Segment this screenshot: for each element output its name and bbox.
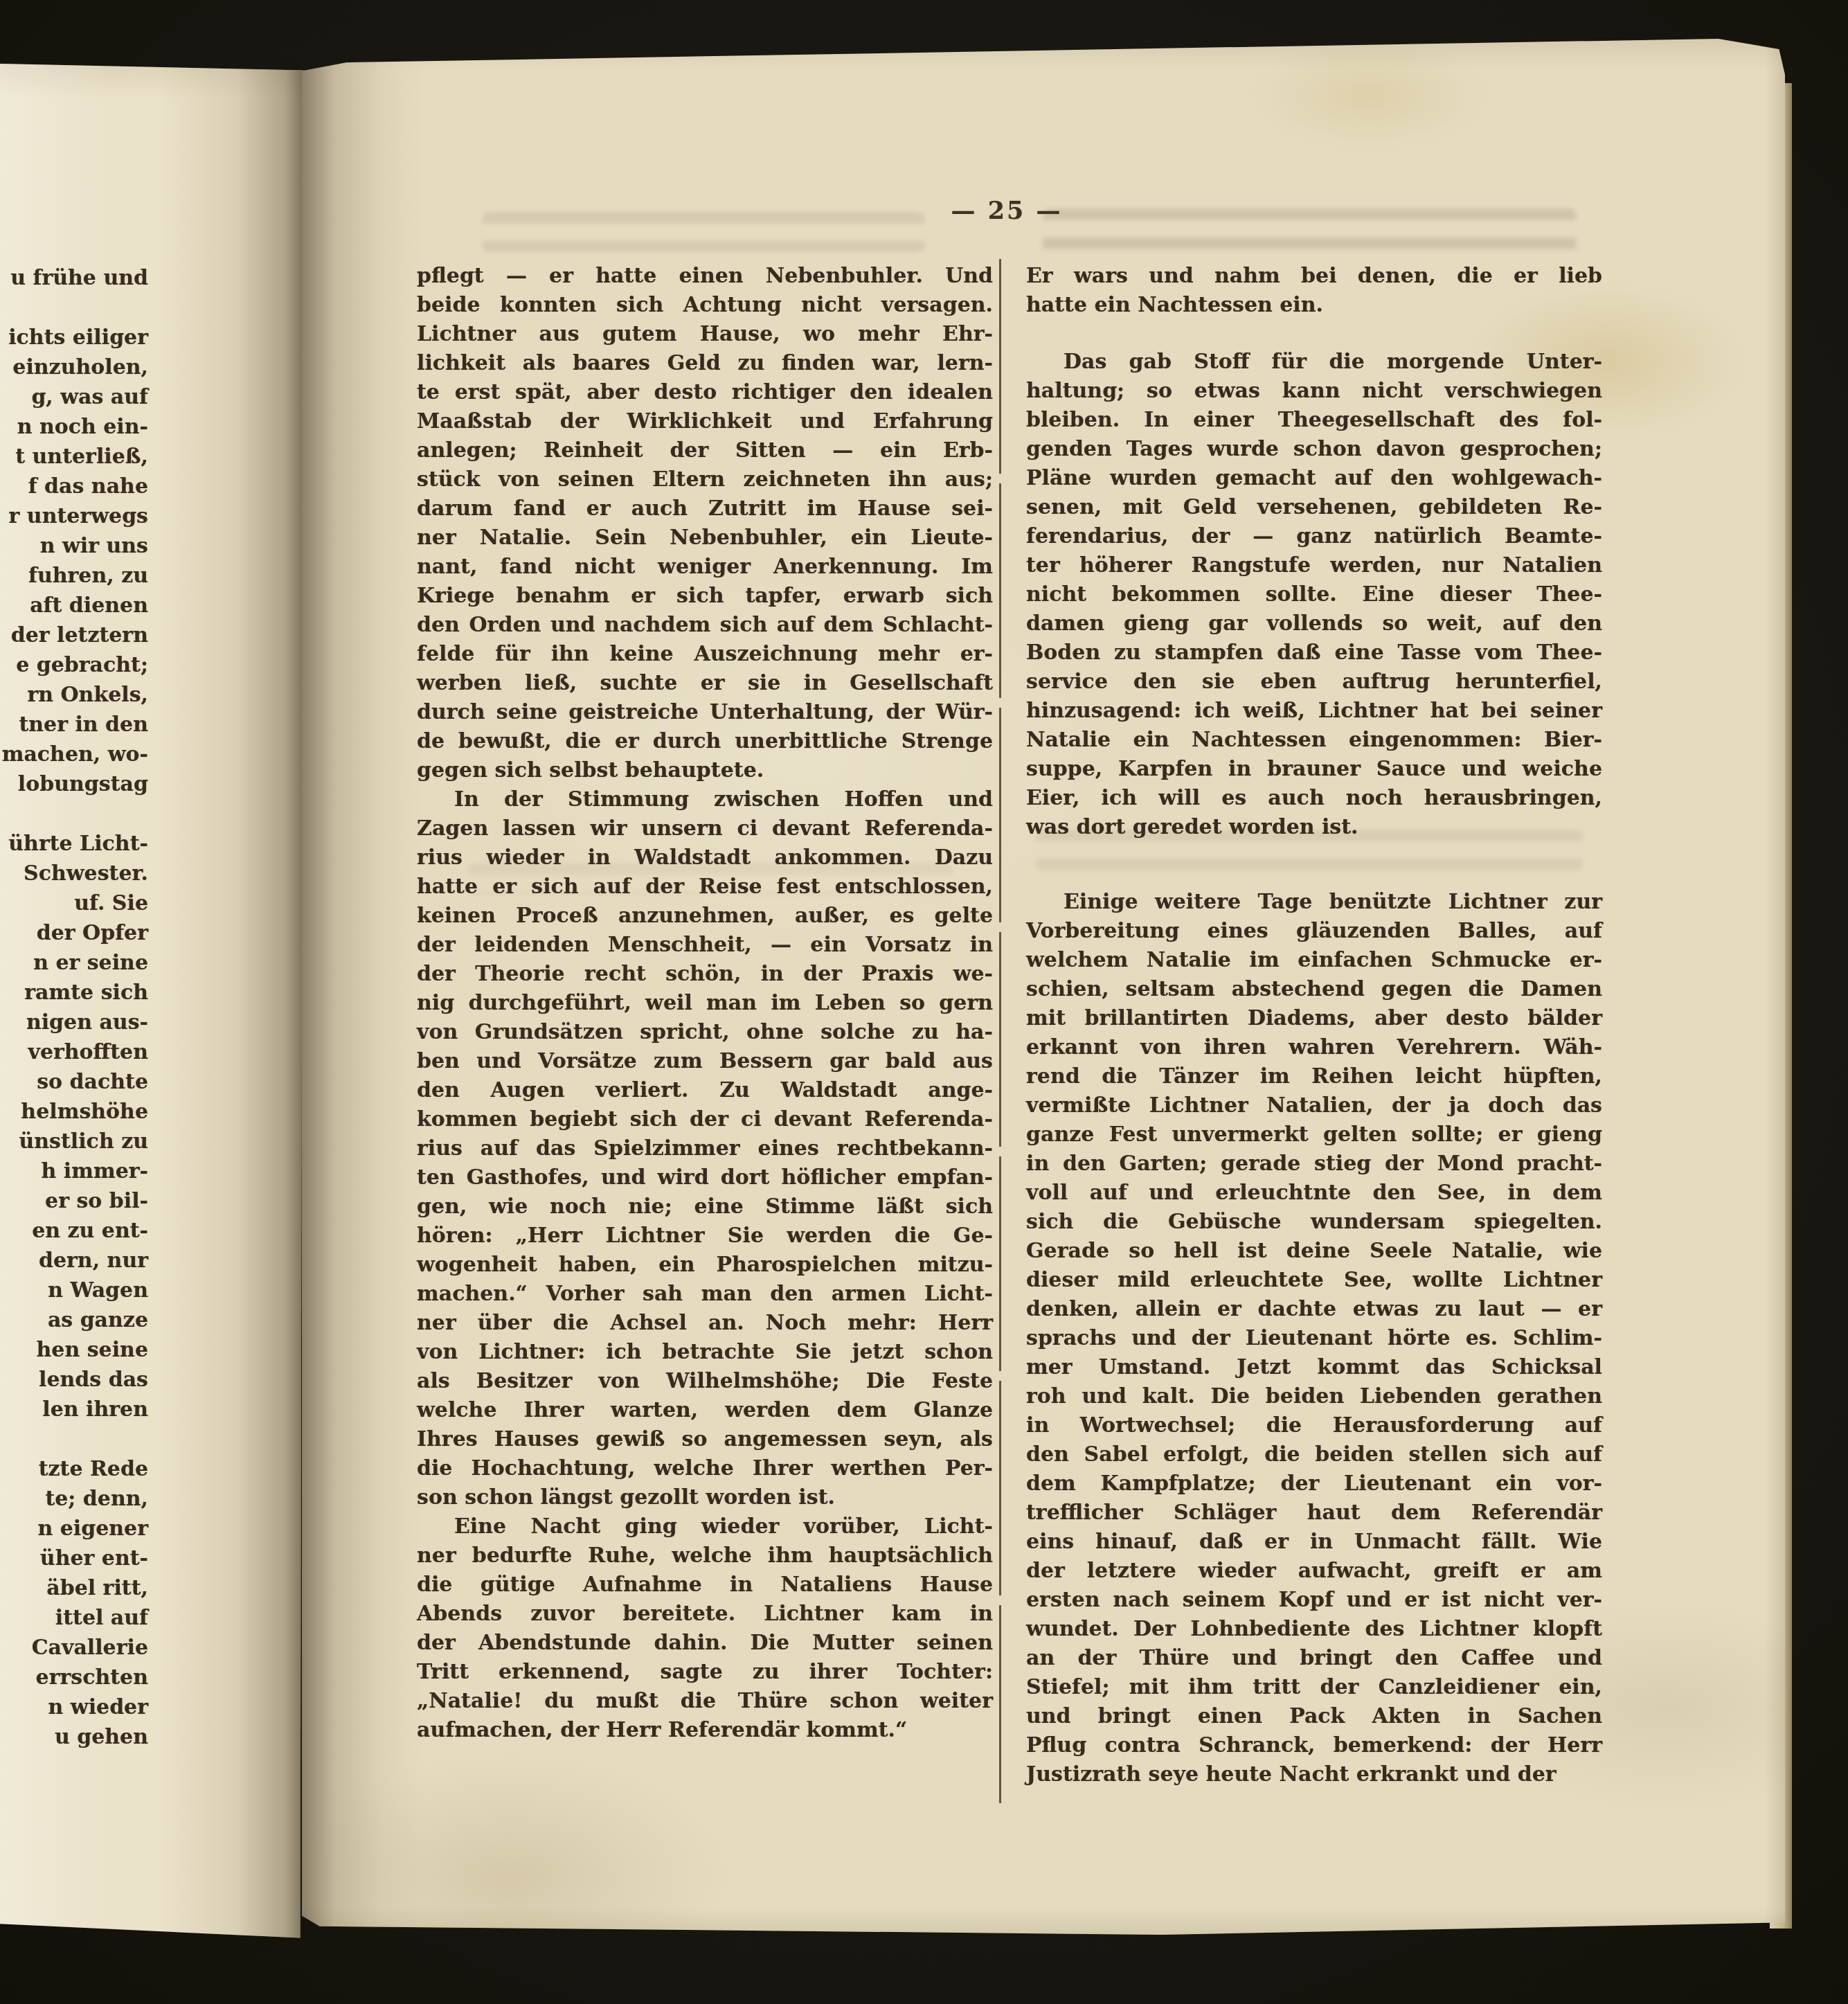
- cut-text-line: rn Onkels,: [0, 680, 148, 710]
- text-line: hinzusagend: ich weiß, Lichtner hat bei …: [1026, 697, 1602, 726]
- text-line: nant, fand nicht weniger Anerkennung. Im: [417, 553, 993, 582]
- cut-text-line: g, was auf: [0, 382, 148, 412]
- cut-text-line: ittel auf: [0, 1603, 148, 1633]
- text-line: beide konnten sich Achtung nicht versage…: [417, 291, 993, 320]
- text-line: Vorbereitung eines gläuzenden Balles, au…: [1026, 917, 1602, 946]
- text-line: in Wortwechsel; die Herausforderung auf: [1026, 1411, 1602, 1440]
- cut-text-line: aft dienen: [0, 591, 148, 620]
- cut-text-line: n wir uns: [0, 531, 148, 561]
- paragraph: Eine Nacht ging wieder vorüber, Licht-ne…: [417, 1512, 993, 1745]
- cut-text-line: errschten: [0, 1663, 148, 1692]
- text-line: Eier, ich will es auch noch herausbringe…: [1026, 784, 1602, 813]
- paragraph: Er wars und nahm bei denen, die er liebh…: [1026, 262, 1602, 320]
- text-line: bleiben. In einer Theegesellschaft des f…: [1026, 406, 1602, 435]
- cut-text-line: n eigener: [0, 1514, 148, 1544]
- cut-text-line: Cavallerie: [0, 1633, 148, 1663]
- text-line: de bewußt, die er durch unerbittliche St…: [417, 727, 993, 756]
- text-line: ner über die Achsel an. Noch mehr: Herr: [417, 1309, 993, 1338]
- text-line: Pläne wurden gemacht auf den wohlgewach-: [1026, 464, 1602, 493]
- cut-text-line: n Wagen: [0, 1276, 148, 1305]
- text-line: Einige weitere Tage benützte Lichtner zu…: [1026, 888, 1602, 917]
- text-line: nicht bekommen sollte. Eine dieser Thee-: [1026, 580, 1602, 609]
- book-scan: { "header": { "page_number": "— 25 —" },…: [0, 0, 1848, 2004]
- text-line: darum fand er auch Zutritt im Hause sei-: [417, 494, 993, 524]
- cut-text-line: ünstlich zu: [0, 1127, 148, 1156]
- cut-text-line: verhofften: [0, 1037, 148, 1067]
- text-line: hören: „Herr Lichtner Sie werden die Ge-: [417, 1222, 993, 1251]
- text-line: Lichtner aus gutem Hause, wo mehr Ehr-: [417, 320, 993, 349]
- cut-text-line: tzte Rede: [0, 1454, 148, 1484]
- text-line: In der Stimmung zwischen Hoffen und: [417, 785, 993, 814]
- paragraph: Einige weitere Tage benützte Lichtner zu…: [1026, 888, 1602, 1789]
- cut-text-line: machen, wo-: [0, 740, 148, 769]
- ink-bleed-through: [482, 212, 925, 252]
- text-line: die gütige Aufnahme in Nataliens Hause: [417, 1571, 993, 1600]
- cut-text-line: en zu ent-: [0, 1216, 148, 1246]
- previous-page-edge: u frühe undichts eiligereinzuholen,g, wa…: [0, 64, 303, 1942]
- text-line: vermißte Lichtner Natalien, der ja doch …: [1026, 1091, 1602, 1120]
- column-divider-rule: [999, 259, 1001, 1803]
- cut-text-line: einzuholen,: [0, 352, 148, 382]
- text-line: roh und kalt. Die beiden Liebenden gerat…: [1026, 1382, 1602, 1411]
- cut-text-line: Schwester.: [0, 859, 148, 888]
- text-line: aufmachen, der Herr Referendär kommt.“: [417, 1716, 993, 1745]
- paragraph: pflegt — er hatte einen Nebenbuhler. Und…: [417, 262, 993, 785]
- text-line: und bringt einen Pack Akten in Sachen: [1026, 1702, 1602, 1731]
- cut-text-line: tner in den: [0, 710, 148, 740]
- text-line: lichkeit als baares Geld zu finden war, …: [417, 349, 993, 378]
- text-line: dieser mild erleuchtete See, wollte Lich…: [1026, 1266, 1602, 1295]
- text-line: stück von seinen Eltern zeichneten ihn a…: [417, 465, 993, 494]
- text-line: wogenheit haben, ein Pharospielchen mitz…: [417, 1251, 993, 1280]
- text-line: ten Gasthofes, und wird dort höflicher e…: [417, 1163, 993, 1192]
- text-line: Tritt erkennend, sagte zu ihrer Tochter:: [417, 1658, 993, 1687]
- text-line: service den sie eben auftrug herunterfie…: [1026, 668, 1602, 697]
- cut-text-line: h immer-: [0, 1156, 148, 1186]
- text-line: haltung; so etwas kann nicht verschwiege…: [1026, 377, 1602, 406]
- cut-text-line: hen seine: [0, 1335, 148, 1365]
- text-line: mit brillantirten Diadems, aber desto bä…: [1026, 1004, 1602, 1033]
- text-line: eins hinauf, daß er in Unmacht fällt. Wi…: [1026, 1528, 1602, 1557]
- ink-bleed-through: [1043, 208, 1576, 256]
- cut-text-line: lends das: [0, 1365, 148, 1395]
- text-line: welche Ihrer warten, werden dem Glanze: [417, 1396, 993, 1425]
- text-line: ben und Vorsätze zum Bessern gar bald au…: [417, 1047, 993, 1076]
- page-number: — 25 —: [951, 197, 1062, 225]
- cut-text-line: helmshöhe: [0, 1097, 148, 1127]
- text-line: welchem Natalie im einfachen Schmucke er…: [1026, 946, 1602, 975]
- text-line: ersten nach seinem Kopf und er ist nicht…: [1026, 1586, 1602, 1615]
- text-line: son schon längst gezollt worden ist.: [417, 1483, 993, 1512]
- text-line: ferendarius, der — ganz natürlich Beamte…: [1026, 522, 1602, 551]
- text-line: hatte ein Nachtessen ein.: [1026, 291, 1602, 320]
- text-line: Kriege benahm er sich tapfer, erwarb sic…: [417, 582, 993, 611]
- text-line: felde für ihn keine Auszeichnung mehr er…: [417, 640, 993, 669]
- text-line: der leidenden Menschheit, — ein Vorsatz …: [417, 931, 993, 960]
- paragraph-gap: [0, 1424, 148, 1454]
- cut-text-line: n noch ein-: [0, 412, 148, 442]
- text-line: Boden zu stampfen daß eine Tasse vom The…: [1026, 638, 1602, 668]
- text-line: ner Natalie. Sein Nebenbuhler, ein Lieut…: [417, 524, 993, 553]
- text-line: Gerade so hell ist deine Seele Natalie, …: [1026, 1237, 1602, 1266]
- text-line: Stiefel; mit ihm tritt der Canzleidiener…: [1026, 1673, 1602, 1702]
- text-line: trefflicher Schläger haut dem Referendär: [1026, 1498, 1602, 1528]
- cut-text-line: ramte sich: [0, 978, 148, 1008]
- text-line: der Abendstunde dahin. Die Mutter seinen: [417, 1629, 993, 1658]
- text-line: als Besitzer von Wilhelmshöhe; Die Feste: [417, 1367, 993, 1396]
- cut-text-line: f das nahe: [0, 472, 148, 501]
- text-line: hatte er sich auf der Reise fest entschl…: [417, 873, 993, 902]
- cut-text-line: lobungstag: [0, 769, 148, 799]
- text-line: te erst spät, aber desto richtiger den i…: [417, 378, 993, 407]
- text-line: durch seine geistreiche Unterhaltung, de…: [417, 698, 993, 727]
- text-line: rend die Tänzer im Reihen leicht hüpften…: [1026, 1062, 1602, 1091]
- paragraph: Das gab Stoff für die morgende Unter-hal…: [1026, 348, 1602, 842]
- text-line: Pflug contra Schranck, bemerkend: der He…: [1026, 1731, 1602, 1760]
- text-line: nig durchgeführt, weil man im Leben so g…: [417, 989, 993, 1018]
- text-line: ter höherer Rangstufe werden, nur Natali…: [1026, 551, 1602, 580]
- text-line: ner bedurfte Ruhe, welche ihm hauptsächl…: [417, 1541, 993, 1571]
- text-line: den Orden und nachdem sich auf dem Schla…: [417, 611, 993, 640]
- text-line: suppe, Karpfen in brauner Sauce und weic…: [1026, 755, 1602, 784]
- text-line: von Grundsätzen spricht, ohne solche zu …: [417, 1018, 993, 1047]
- cut-off-text-column: u frühe undichts eiligereinzuholen,g, wa…: [0, 263, 148, 1752]
- cut-text-line: r unterwegs: [0, 501, 148, 531]
- cut-text-line: er so bil-: [0, 1186, 148, 1216]
- cut-text-line: fuhren, zu: [0, 561, 148, 591]
- text-line: Zagen lassen wir unsern ci devant Refere…: [417, 814, 993, 843]
- text-line: den Augen verliert. Zu Waldstadt ange-: [417, 1076, 993, 1105]
- cut-text-line: ührte Licht-: [0, 829, 148, 859]
- text-line: was dort geredet worden ist.: [1026, 813, 1602, 842]
- text-line: gen, wie noch nie; eine Stimme läßt sich: [417, 1192, 993, 1222]
- cut-text-line: e gebracht;: [0, 650, 148, 680]
- text-column-right: Er wars und nahm bei denen, die er liebh…: [1026, 262, 1602, 1789]
- text-line: Abends zuvor bereitete. Lichtner kam in: [417, 1600, 993, 1629]
- text-line: Das gab Stoff für die morgende Unter-: [1026, 348, 1602, 377]
- text-line: Ihres Hauses gewiß so angemessen seyn, a…: [417, 1425, 993, 1454]
- text-line: senen, mit Geld versehenen, gebildeten R…: [1026, 493, 1602, 522]
- text-line: damen gieng gar vollends so weit, auf de…: [1026, 609, 1602, 638]
- cut-text-line: n wieder: [0, 1692, 148, 1722]
- cut-text-line: u frühe und: [0, 263, 148, 293]
- text-line: ganze Fest unvermerkt gelten sollte; er …: [1026, 1120, 1602, 1149]
- cut-text-line: as ganze: [0, 1305, 148, 1335]
- text-line: keinen Proceß anzunehmen, außer, es gelt…: [417, 902, 993, 931]
- text-line: sich die Gebüsche wundersam spiegelten.: [1026, 1208, 1602, 1237]
- cut-text-line: t unterließ,: [0, 442, 148, 472]
- text-line: Justizrath seye heute Nacht erkrankt und…: [1026, 1760, 1602, 1789]
- paragraph: In der Stimmung zwischen Hoffen undZagen…: [417, 785, 993, 1512]
- text-line: sprachs und der Lieutenant hörte es. Sch…: [1026, 1324, 1602, 1353]
- cut-text-line: ichts eiliger: [0, 323, 148, 352]
- text-line: pflegt — er hatte einen Nebenbuhler. Und: [417, 262, 993, 291]
- text-line: Maaßstab der Wirklichkeit und Erfahrung: [417, 407, 993, 436]
- text-line: den Sabel erfolgt, die beiden stellen si…: [1026, 1440, 1602, 1469]
- text-line: schien, seltsam abstechend gegen die Dam…: [1026, 975, 1602, 1004]
- cut-text-line: uf. Sie: [0, 888, 148, 918]
- cut-text-line: üher ent-: [0, 1544, 148, 1573]
- text-line: wundet. Der Lohnbediente des Lichtner kl…: [1026, 1615, 1602, 1644]
- text-line: denken, allein er dachte etwas zu laut —…: [1026, 1295, 1602, 1324]
- cut-text-line: der Opfer: [0, 918, 148, 948]
- text-line: an der Thüre und bringt den Caffee und: [1026, 1644, 1602, 1673]
- cut-text-line: u gehen: [0, 1722, 148, 1752]
- paragraph-gap: [0, 799, 148, 829]
- text-line: dem Kampfplatze; der Lieutenant ein vor-: [1026, 1469, 1602, 1498]
- text-line: kommen begiebt sich der ci devant Refere…: [417, 1105, 993, 1134]
- text-line: in den Garten; gerade stieg der Mond pra…: [1026, 1149, 1602, 1179]
- text-line: rius auf das Spielzimmer eines rechtbeka…: [417, 1134, 993, 1163]
- text-line: gegen sich selbst behauptete.: [417, 756, 993, 785]
- text-line: machen.“ Vorher sah man den armen Licht-: [417, 1280, 993, 1309]
- cut-text-line: nigen aus-: [0, 1008, 148, 1037]
- text-line: Natalie ein Nachtessen eingenommen: Bier…: [1026, 726, 1602, 755]
- text-line: werben ließ, suchte er sie in Gesellscha…: [417, 669, 993, 698]
- text-line: rius wieder in Waldstadt ankommen. Dazu: [417, 843, 993, 873]
- text-line: erkannt von ihren wahren Verehrern. Wäh-: [1026, 1033, 1602, 1062]
- cut-text-line: len ihren: [0, 1395, 148, 1424]
- cut-text-line: n er seine: [0, 948, 148, 978]
- cut-text-line: der letztern: [0, 620, 148, 650]
- text-line: der letztere wieder aufwacht, greift er …: [1026, 1557, 1602, 1586]
- text-line: von Lichtner: ich betrachte Sie jetzt sc…: [417, 1338, 993, 1367]
- cut-text-line: te; denn,: [0, 1484, 148, 1514]
- cut-text-line: dern, nur: [0, 1246, 148, 1276]
- text-column-left: pflegt — er hatte einen Nebenbuhler. Und…: [417, 262, 993, 1745]
- text-line: die Hochachtung, welche Ihrer werthen Pe…: [417, 1454, 993, 1483]
- text-line: Eine Nacht ging wieder vorüber, Licht-: [417, 1512, 993, 1541]
- text-line: der Theorie recht schön, in der Praxis w…: [417, 960, 993, 989]
- text-line: „Natalie! du mußt die Thüre schon weiter: [417, 1687, 993, 1716]
- text-line: voll auf und erleuchtnte den See, in dem: [1026, 1179, 1602, 1208]
- text-line: Er wars und nahm bei denen, die er lieb: [1026, 262, 1602, 291]
- paragraph-gap: [0, 293, 148, 323]
- book-page: — 25 — pflegt — er hatte einen Nebenbuhl…: [302, 39, 1785, 1935]
- cut-text-line: so dachte: [0, 1067, 148, 1097]
- text-line: mer Umstand. Jetzt kommt das Schicksal: [1026, 1353, 1602, 1382]
- text-line: anlegen; Reinheit der Sitten — ein Erb-: [417, 436, 993, 465]
- text-line: genden Tages wurde schon davon gesproche…: [1026, 435, 1602, 464]
- cut-text-line: äbel ritt,: [0, 1573, 148, 1603]
